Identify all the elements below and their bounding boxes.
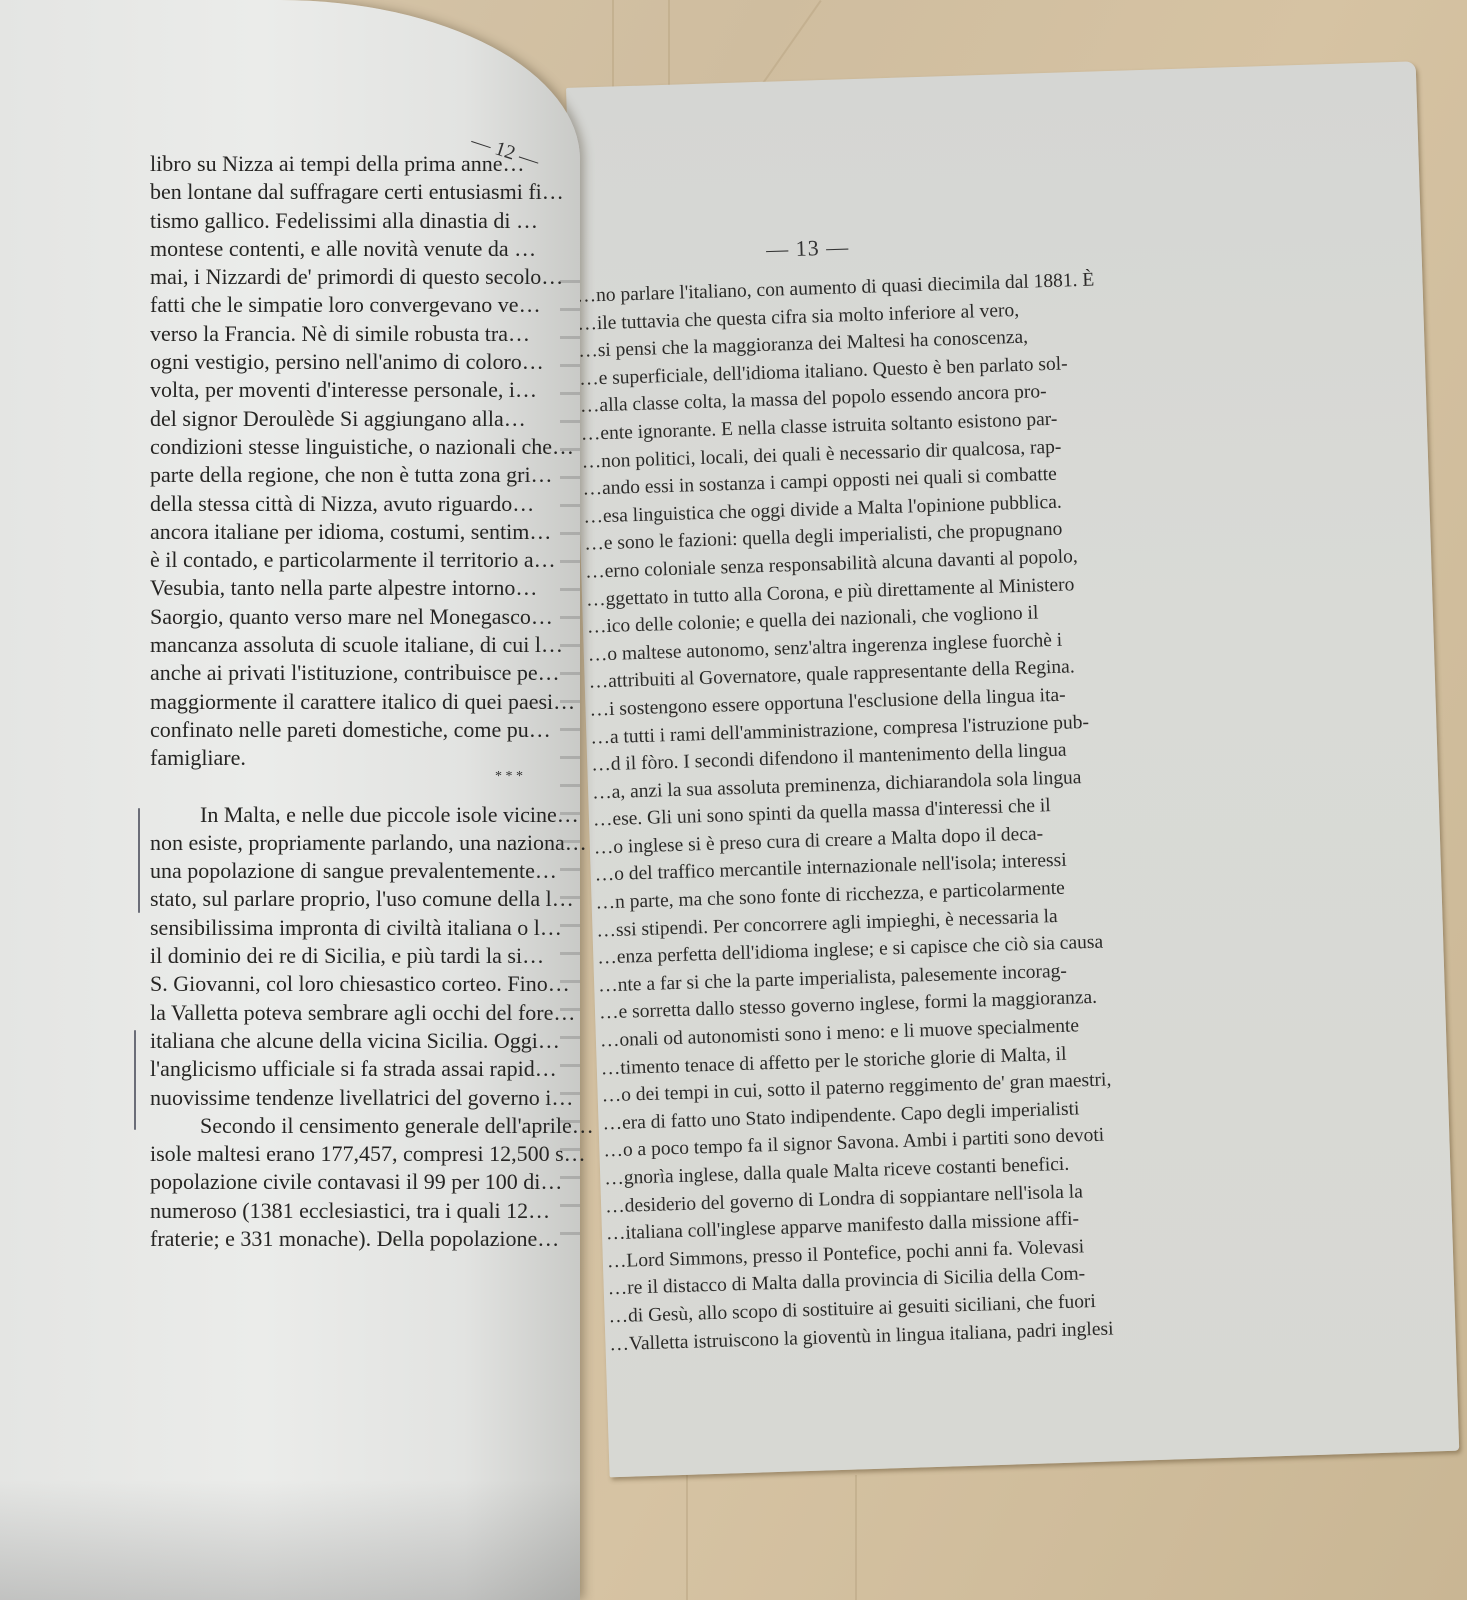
text-line: confinato nelle pareti domestiche, come …: [150, 716, 570, 744]
text-line: volta, per moventi d'interesse personale…: [150, 376, 570, 404]
text-line: stato, sul parlare proprio, l'uso comune…: [150, 885, 570, 913]
page-13-text: …no parlare l'italiano, con aumento di q…: [576, 265, 1170, 1358]
wood-seam: [855, 1475, 857, 1600]
text-line: l'anglicismo ufficiale si fa strada assa…: [150, 1055, 570, 1083]
text-line: nuovissime tendenze livellatrici del gov…: [150, 1084, 570, 1112]
text-line: ogni vestigio, persino nell'animo di col…: [150, 348, 570, 376]
page-13: — 13 — …no parlare l'italiano, con aumen…: [566, 61, 1459, 1477]
text-line: parte della regione, che non è tutta zon…: [150, 461, 570, 489]
text-line: tismo gallico. Fedelissimi alla dinastia…: [150, 207, 570, 235]
gutter-edge: [560, 280, 580, 1240]
text-line: Vesubia, tanto nella parte alpestre into…: [150, 574, 570, 602]
text-line: il dominio dei re di Sicilia, e più tard…: [150, 942, 570, 970]
text-line: la Valletta poteva sembrare agli occhi d…: [150, 999, 570, 1027]
text-line: ancora italiane per idioma, costumi, sen…: [150, 518, 570, 546]
text-line: sensibilissima impronta di civiltà itali…: [150, 914, 570, 942]
text-line: fraterie; e 331 monache). Della popolazi…: [150, 1225, 570, 1253]
text-line: del signor Deroulède Si aggiungano alla…: [150, 405, 570, 433]
text-line: Secondo il censimento generale dell'apri…: [150, 1112, 570, 1140]
page-curl-shadow: [0, 1480, 580, 1600]
text-line: popolazione civile contavasi il 99 per 1…: [150, 1168, 570, 1196]
text-line: maggiormente il carattere italico di que…: [150, 688, 570, 716]
text-line: numeroso (1381 ecclesiastici, tra i qual…: [150, 1197, 570, 1225]
text-line: S. Giovanni, col loro chiesastico corteo…: [150, 970, 570, 998]
text-line: ben lontane dal suffragare certi entusia…: [150, 178, 570, 206]
text-line: isole maltesi erano 177,457, compresi 12…: [150, 1140, 570, 1168]
text-line: anche ai privati l'istituzione, contribu…: [150, 659, 570, 687]
pencil-margin-mark: [134, 1030, 136, 1130]
text-line: della stessa città di Nizza, avuto rigua…: [150, 490, 570, 518]
text-line: montese contenti, e alle novità venute d…: [150, 235, 570, 263]
text-line: non esiste, propriamente parlando, una n…: [150, 829, 570, 857]
pencil-margin-mark: [138, 808, 140, 913]
text-line: Saorgio, quanto verso mare nel Monegasco…: [150, 603, 570, 631]
text-line: condizioni stesse linguistiche, o nazion…: [150, 433, 570, 461]
text-line: italiana che alcune della vicina Sicilia…: [150, 1027, 570, 1055]
page-number: — 13 —: [766, 234, 850, 263]
text-line: fatti che le simpatie loro convergevano …: [150, 291, 570, 319]
page-12-text: libro su Nizza ai tempi della prima anne…: [150, 150, 570, 1253]
text-line: verso la Francia. Nè di simile robusta t…: [150, 320, 570, 348]
section-asterism: * * *: [495, 772, 523, 782]
text-line: In Malta, e nelle due piccole isole vici…: [150, 801, 570, 829]
text-line: una popolazione di sangue prevalentement…: [150, 857, 570, 885]
page-12: — 12 — libro su Nizza ai tempi della pri…: [0, 0, 580, 1600]
text-line: libro su Nizza ai tempi della prima anne…: [150, 150, 570, 178]
text-line: mancanza assoluta di scuole italiane, di…: [150, 631, 570, 659]
wood-seam: [686, 1475, 688, 1600]
text-line: mai, i Nizzardi de' primordi di questo s…: [150, 263, 570, 291]
text-line: è il contado, e particolarmente il terri…: [150, 546, 570, 574]
